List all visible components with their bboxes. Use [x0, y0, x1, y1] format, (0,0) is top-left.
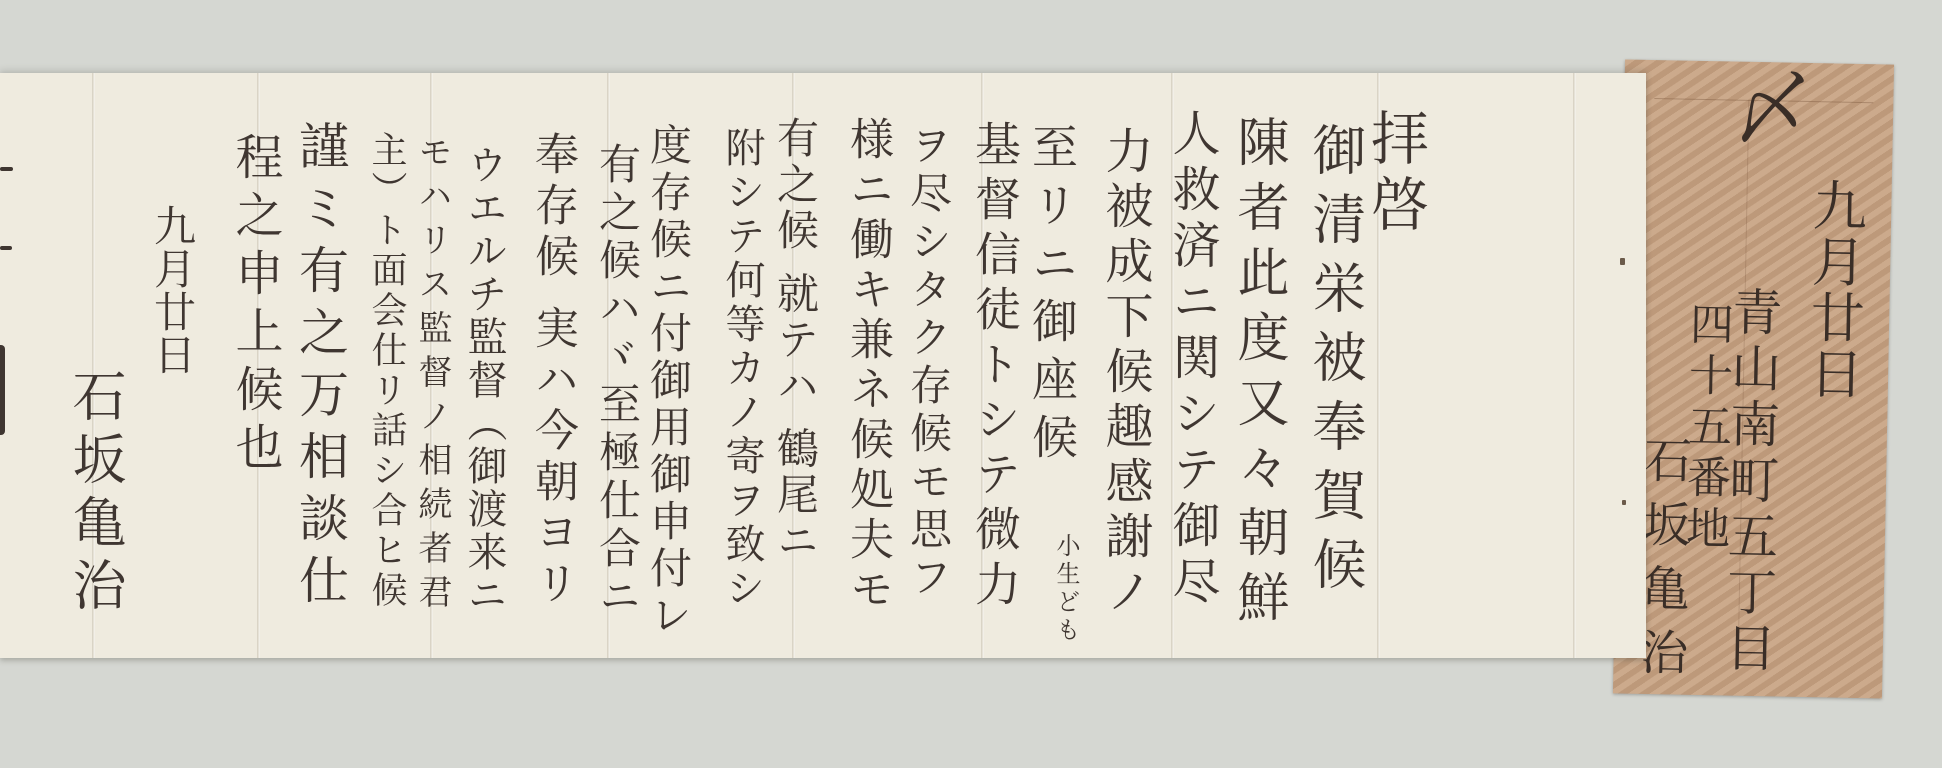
letter-column: 有之候ハヾ至極仕合ニ — [596, 142, 638, 622]
letter-column: 御清栄被奉賀候 — [1308, 122, 1362, 605]
partial-character-fragment — [0, 246, 12, 250]
letter-column: ヲ尽シタク存候モ思フ — [907, 123, 949, 603]
letter-column: 力被成下候趣感謝ノ — [1101, 126, 1149, 621]
partial-character-fragment — [0, 345, 5, 435]
letter-column: 謹ミ有之万相談仕 — [295, 120, 345, 616]
letter-column: ウエルチ監督（御渡来ニ — [464, 144, 504, 617]
letter-column-small: モハリス監督ノ相続者君 — [415, 134, 449, 618]
letter-column: 陳者此度又々朝鮮 — [1232, 115, 1284, 635]
letter-text: 拝啓 御清栄被奉賀候 陳者此度又々朝鮮 人救済ニ関シテ御尽 力被成下候趣感謝ノ … — [0, 0, 1942, 768]
letter-column: 基督信徒トシテ微力 — [972, 120, 1018, 615]
letter-column: 至リニ御座候 — [1029, 123, 1075, 471]
letter-column: 様ニ働キ兼ネ候処夫モ — [845, 116, 889, 616]
letter-column: 主）ト面会仕リ話シ合ヒ候 — [368, 131, 404, 611]
letter-signature: 石坂亀治 — [68, 368, 122, 620]
letter-column-greeting: 拝啓 — [1366, 108, 1424, 240]
letter-column: 度存候ニ付御用御申付レ — [647, 123, 689, 640]
letter-column: 附シテ何等カノ寄ヲ致シ — [722, 127, 762, 611]
letter-column: 有之候 就テハ 鶴尾ニ — [774, 116, 816, 565]
letter-date: 九月廿日 — [151, 204, 193, 376]
partial-character-fragment — [0, 167, 13, 171]
letter-interlinear-note: 小生ども — [1054, 533, 1078, 645]
letter-column: 人救済ニ関シテ御尽 — [1168, 108, 1216, 612]
letter-column-closing: 程之申上候也 — [231, 132, 279, 480]
letter-column: 奉存候 実ハ今朝ヨリ — [530, 131, 574, 611]
